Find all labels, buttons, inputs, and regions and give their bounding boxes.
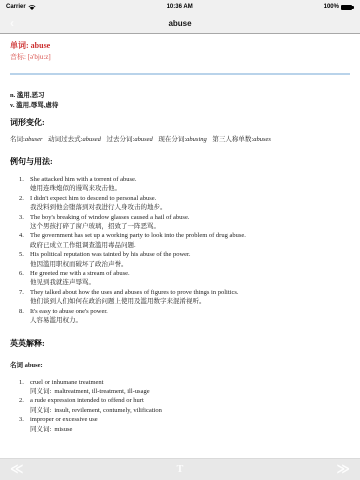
back-button[interactable]: ‹ — [10, 15, 14, 31]
example-item: The government has set up a working part… — [30, 231, 350, 250]
battery-percent: 100% — [324, 4, 339, 10]
word-form: 现在分词:abusing — [158, 136, 206, 143]
example-english: She attacked him with a torrent of abuse… — [30, 175, 350, 184]
example-english: They talked about how the uses and abuse… — [30, 288, 350, 297]
word-form-label: 动词过去式: — [48, 136, 82, 143]
sense-synonyms-line: 同义词:maltreatment, ill-treatment, ill-usa… — [30, 387, 350, 396]
word-form-value: abuser — [25, 136, 43, 143]
top-bars: Carrier 10:36 AM 100% ‹ abuse — [0, 0, 360, 34]
status-bar: Carrier 10:36 AM 100% — [0, 0, 360, 14]
pos-word: abuse: — [25, 362, 43, 369]
examples-heading: 例句与用法: — [10, 157, 350, 167]
page-title: abuse — [168, 19, 191, 28]
example-chinese: 他们谈到人们如何在政治问题上使用及滥用数字来混淆视听。 — [30, 297, 350, 306]
example-chinese: 政府已成立工作组调查滥用毒品问题. — [30, 241, 350, 250]
word-form-label: 名词: — [10, 136, 25, 143]
example-item: His political reputation was tainted by … — [30, 250, 350, 269]
word-form-label: 第三人称单数: — [212, 136, 253, 143]
example-item: I didn't expect him to descend to person… — [30, 194, 350, 213]
synonyms-label: 同义词: — [30, 426, 51, 433]
definitions: n. 滥用,恶习 v. 滥用,辱骂,虐待 — [10, 91, 350, 110]
example-item: They talked about how the uses and abuse… — [30, 288, 350, 307]
sense-synonyms-line: 同义词:misuse — [30, 425, 350, 434]
sense-synonyms-line: 同义词:insult, revilement, contumely, vilif… — [30, 406, 350, 415]
word-form-label: 现在分词: — [158, 136, 186, 143]
example-english: The government has set up a working part… — [30, 231, 350, 240]
example-chinese: 人容易滥用权力。 — [30, 316, 350, 325]
phonetic-value: [ə'bju:z] — [28, 53, 51, 61]
wifi-icon — [28, 4, 36, 11]
previous-page-button[interactable]: ≪ — [10, 459, 24, 480]
example-item: It's easy to abuse one's power. 人容易滥用权力。 — [30, 307, 350, 326]
example-chinese: 这个男孩打碎了窗户玻璃，招致了一阵恶骂。 — [30, 222, 350, 231]
phonetic-label: 音标: — [10, 53, 26, 61]
word-form-value: abuses — [253, 136, 271, 143]
example-english: His political reputation was tainted by … — [30, 250, 350, 259]
example-item: The boy's breaking of window glasses cau… — [30, 213, 350, 232]
sense-definition: a rude expression intended to offend or … — [30, 396, 350, 405]
example-chinese: 我没料到他会堕落到对我进行人身攻击的地步。 — [30, 203, 350, 212]
word-label: 单词: — [10, 41, 29, 50]
definition-line: n. 滥用,恶习 — [10, 91, 350, 101]
divider — [10, 73, 350, 75]
example-english: He greeted me with a stream of abuse. — [30, 269, 350, 278]
text-size-button[interactable]: T — [177, 464, 184, 475]
clock: 10:36 AM — [167, 4, 193, 10]
word-line: 单词: abuse — [10, 41, 350, 51]
pos-label: 名词 — [10, 362, 23, 369]
example-chinese: 他因滥用职权而破坏了政治声誉。 — [30, 260, 350, 269]
word-form: 第三人称单数:abuses — [212, 136, 271, 143]
example-english: I didn't expect him to descend to person… — [30, 194, 350, 203]
word-forms-heading: 词形变化: — [10, 118, 350, 128]
word-form: 过去分词:abused — [107, 136, 153, 143]
headword: abuse — [31, 41, 51, 50]
word-form-value: abused — [134, 136, 152, 143]
word-forms-line: 名词:abuser 动词过去式:abused 过去分词:abused 现在分词:… — [10, 135, 350, 144]
synonyms-label: 同义词: — [30, 407, 51, 414]
en-en-subheading: 名词 abuse: — [10, 361, 350, 370]
example-item: He greeted me with a stream of abuse. 他见… — [30, 269, 350, 288]
example-english: The boy's breaking of window glasses cau… — [30, 213, 350, 222]
dictionary-entry: 单词: abuse 音标: [ə'bju:z] n. 滥用,恶习 v. 滥用,辱… — [0, 34, 360, 458]
word-form-label: 过去分词: — [107, 136, 135, 143]
word-form-value: abusing — [186, 136, 207, 143]
next-page-button[interactable]: ≫ — [336, 459, 350, 480]
example-item: She attacked him with a torrent of abuse… — [30, 175, 350, 194]
example-chinese: 他见到我就连声辱骂。 — [30, 278, 350, 287]
definition-line: v. 滥用,辱骂,虐待 — [10, 101, 350, 111]
en-en-heading: 英英解释: — [10, 339, 350, 349]
synonyms-value: maltreatment, ill-treatment, ill-usage — [54, 388, 149, 395]
battery-icon — [341, 5, 354, 10]
word-form: 名词:abuser — [10, 136, 43, 143]
word-form: 动词过去式:abused — [48, 136, 101, 143]
carrier-label: Carrier — [6, 4, 26, 10]
example-english: It's easy to abuse one's power. — [30, 307, 350, 316]
sense-definition: cruel or inhumane treatment — [30, 378, 350, 387]
nav-bar: ‹ abuse — [0, 14, 360, 33]
sense-item: improper or excessive use 同义词:misuse — [30, 415, 350, 434]
sense-item: cruel or inhumane treatment 同义词:maltreat… — [30, 378, 350, 397]
bottom-toolbar: ≪ T ≫ — [0, 458, 360, 480]
synonyms-label: 同义词: — [30, 388, 51, 395]
senses-list: cruel or inhumane treatment 同义词:maltreat… — [10, 378, 350, 434]
synonyms-value: insult, revilement, contumely, vilificat… — [54, 407, 162, 414]
sense-item: a rude expression intended to offend or … — [30, 396, 350, 415]
example-chinese: 她用连珠炮似的谩骂来攻击他。 — [30, 184, 350, 193]
phonetic-line: 音标: [ə'bju:z] — [10, 53, 350, 62]
word-form-value: abused — [82, 136, 100, 143]
examples-list: She attacked him with a torrent of abuse… — [10, 175, 350, 326]
sense-definition: improper or excessive use — [30, 415, 350, 424]
synonyms-value: misuse — [54, 426, 72, 433]
